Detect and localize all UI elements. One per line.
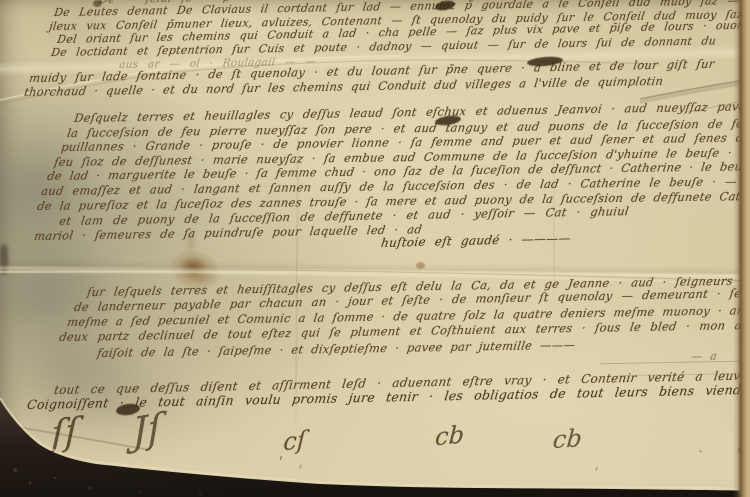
signature-flourish: cb	[552, 426, 583, 452]
text-layer: De — ſelui ſe — p̃ —De Leutes denant De …	[0, 0, 750, 497]
signature-flourish: ſſ	[51, 414, 79, 454]
signature-flourish: Jſ	[132, 408, 162, 452]
signature-flourish: cb	[434, 422, 465, 449]
manuscript-photo: De — ſelui ſe — p̃ —De Leutes denant De …	[0, 0, 750, 497]
manuscript-line: — a	[690, 351, 717, 362]
manuscript-line: faiſoit de la ſte · ſaipeſme · et dixſep…	[96, 340, 576, 360]
signature-flourish: cſ	[283, 428, 307, 455]
pen-mark: .	[698, 442, 704, 455]
ink-blot	[93, 0, 102, 7]
manuscript-line: huſtoie eſt gaudé · ————	[380, 232, 571, 249]
pen-mark: ,	[594, 458, 599, 471]
pen-mark: ,	[297, 456, 303, 469]
